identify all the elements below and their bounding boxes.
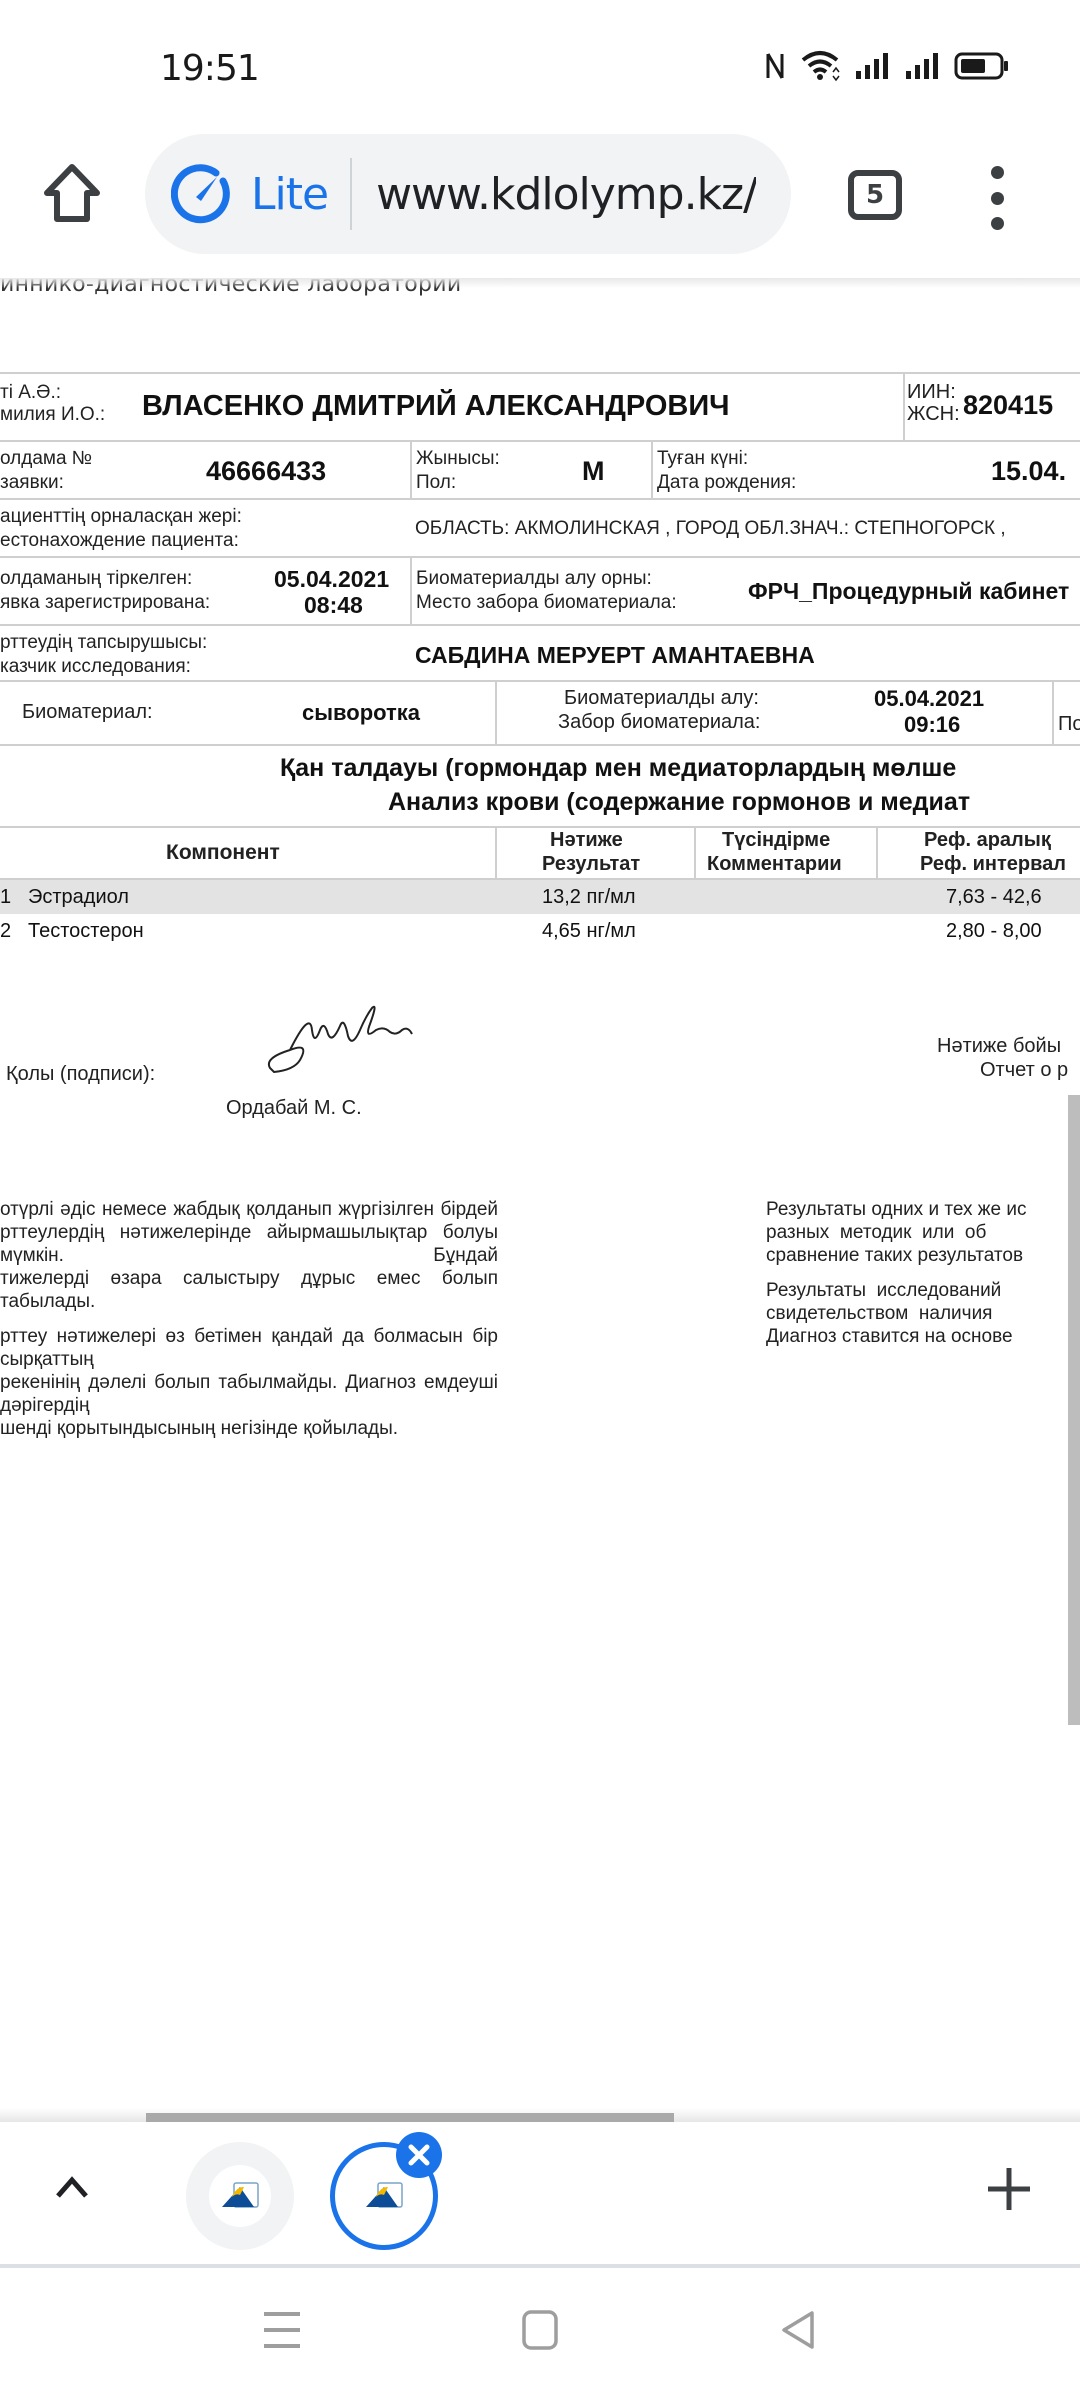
status-time: 19:51 <box>160 48 259 89</box>
table-border <box>410 556 412 624</box>
registered-time: 08:48 <box>304 592 363 619</box>
table-border <box>410 440 412 498</box>
overflow-menu-button[interactable] <box>982 166 1012 230</box>
table-border <box>876 826 878 878</box>
customer-label-ru: казчик исследования: <box>0 656 191 677</box>
menu-dot-icon <box>991 166 1004 179</box>
back-triangle-icon <box>780 2310 816 2350</box>
report-label-kz: Нәтиже бойы <box>937 1036 1061 1057</box>
home-button[interactable] <box>40 158 104 230</box>
sex-label-kz: Жынысы: <box>416 448 500 469</box>
signer-name: Ордабай М. С. <box>226 1098 362 1119</box>
registered-date: 05.04.2021 <box>274 566 389 593</box>
order-label-kz: олдама № <box>0 448 92 469</box>
status-bar: 19:51 <box>0 0 1080 130</box>
header-ref-ru: Реф. интервал <box>920 854 1066 875</box>
browser-toolbar: Lite www.kdlolymp.kz/ 5 <box>0 130 1080 280</box>
close-icon <box>406 2142 432 2168</box>
site-favicon <box>220 2181 260 2211</box>
row-component: Тестостерон <box>28 920 144 943</box>
table-border <box>0 624 1080 626</box>
table-border <box>0 440 1080 442</box>
nfc-icon <box>764 51 786 81</box>
wifi-icon <box>800 50 840 82</box>
analysis-title-ru: Анализ крови (содержание гормонов и меди… <box>388 788 970 817</box>
row-component: Эстрадиол <box>28 886 129 909</box>
header-comment-ru: Комментарии <box>707 854 842 875</box>
report-label-ru: Отчет о р <box>980 1060 1068 1081</box>
menu-dot-icon <box>991 192 1004 205</box>
analysis-title-kz: Қан талдауы (гормондар мен медиаторларды… <box>280 754 956 783</box>
header-result-kz: Нәтиже <box>550 830 623 851</box>
menu-lines-icon <box>262 2310 302 2350</box>
location-label-ru: естонахождение пациента: <box>0 530 239 551</box>
toolbar-shadow <box>0 278 1080 288</box>
registered-label-kz: олдаманың тіркелген: <box>0 568 192 589</box>
status-icons <box>764 50 1010 82</box>
table-border <box>495 826 497 878</box>
table-border <box>903 372 905 440</box>
patient-name: ВЛАСЕНКО ДМИТРИЙ АЛЕКСАНДРОВИЧ <box>142 390 730 423</box>
plus-icon <box>986 2166 1032 2212</box>
row-number: 2 <box>0 920 11 943</box>
address-bar[interactable]: Lite www.kdlolymp.kz/ <box>145 134 791 254</box>
disclaimer-kz-paragraph-2: рттеу нәтижелері өз бетімен қандай да бо… <box>0 1325 498 1440</box>
name-label-kz: ті А.Ә.: <box>0 382 61 403</box>
collection-place-label-ru: Место забора биоматериала: <box>416 592 677 613</box>
recents-button[interactable] <box>262 2310 302 2355</box>
registered-label-ru: явка зарегистрирована: <box>0 592 210 613</box>
chevron-up-icon <box>50 2166 94 2210</box>
system-navigation-bar <box>0 2268 1080 2400</box>
iin-label-ru: ИИН: <box>907 382 956 403</box>
signal-icon-sim1 <box>854 51 890 81</box>
patient-sex: М <box>582 456 605 487</box>
header-component: Компонент <box>166 842 280 863</box>
table-border <box>495 680 497 744</box>
close-tab-button[interactable] <box>396 2132 442 2178</box>
table-border <box>0 680 1080 682</box>
disclaimer-ru-paragraph-1: Результаты одних и тех же ис разных мето… <box>766 1198 1080 1267</box>
row-result: 13,2 пг/мл <box>542 886 636 909</box>
signal-icon-sim2 <box>904 51 940 81</box>
patient-location: ОБЛАСТЬ: АКМОЛИНСКАЯ , ГОРОД ОБЛ.ЗНАЧ.: … <box>415 518 1006 539</box>
customer-label-kz: рттеудің тапсырушысы: <box>0 632 207 653</box>
order-number: 46666433 <box>206 456 326 487</box>
table-border <box>0 826 1080 828</box>
home-system-button[interactable] <box>522 2310 558 2355</box>
biomaterial-label: Биоматериал: <box>22 702 153 723</box>
row-number: 1 <box>0 886 11 909</box>
signature-label: Қолы (подписи): <box>6 1064 155 1085</box>
back-button[interactable] <box>780 2310 816 2355</box>
table-border <box>0 498 1080 500</box>
menu-dot-icon <box>991 217 1004 230</box>
dob-label-kz: Туған күні: <box>657 448 748 469</box>
url-text[interactable]: www.kdlolymp.kz/ <box>376 169 756 220</box>
collection-place-label-kz: Биоматериалды алу орны: <box>416 568 652 589</box>
square-home-icon <box>522 2310 558 2350</box>
collection-label-ru: Забор биоматериала: <box>558 712 760 733</box>
patient-iin: 820415 <box>963 390 1053 421</box>
battery-icon <box>954 51 1010 81</box>
name-label-ru: милия И.О.: <box>0 404 105 425</box>
tab-switcher-button[interactable]: 5 <box>848 170 902 220</box>
lite-mode-label: Lite <box>251 169 328 220</box>
tab-1[interactable] <box>186 2142 294 2250</box>
clipped-label: По <box>1048 714 1080 735</box>
collection-time: 09:16 <box>904 712 960 738</box>
home-icon <box>43 163 101 225</box>
new-tab-button[interactable] <box>986 2166 1032 2212</box>
table-border <box>651 440 653 498</box>
header-ref-kz: Реф. аралық <box>924 830 1051 851</box>
disclaimer-ru-paragraph-2: Результаты исследований свидетельством н… <box>766 1279 1080 1348</box>
collection-label-kz: Биоматериалды алу: <box>564 688 759 709</box>
vertical-scrollbar[interactable] <box>1068 1095 1080 1725</box>
row-ref-range: 7,63 - 42,6 <box>946 886 1042 909</box>
table-border <box>694 826 696 878</box>
lite-mode-icon <box>171 163 233 225</box>
iin-label-kz: ЖСН: <box>907 404 960 425</box>
header-comment-kz: Түсіндірме <box>722 830 830 851</box>
location-label-kz: ациенттің орналасқан жері: <box>0 506 242 527</box>
site-favicon <box>364 2181 404 2211</box>
order-label-ru: заявки: <box>0 472 64 493</box>
dob-label-ru: Дата рождения: <box>657 472 796 493</box>
customer-name: САБДИНА МЕРУЕРТ АМАНТАЕВНА <box>415 642 815 669</box>
address-divider <box>350 158 352 230</box>
header-result-ru: Результат <box>542 854 640 875</box>
sex-label-ru: Пол: <box>416 472 456 493</box>
disclaimer-kz: отүрлі әдіс немесе жабдық қолданып жүргі… <box>0 1198 498 1452</box>
collection-date: 05.04.2021 <box>874 686 984 712</box>
table-border <box>0 744 1080 746</box>
row-ref-range: 2,80 - 8,00 <box>946 920 1042 943</box>
tab-strip <box>0 2122 1080 2268</box>
result-row: 1 Эстрадиол 13,2 пг/мл 7,63 - 42,6 <box>0 880 1080 914</box>
disclaimer-ru: Результаты одних и тех же ис разных мето… <box>766 1198 1080 1360</box>
collection-place: ФРЧ_Процедурный кабинет <box>748 578 1069 605</box>
table-border <box>0 372 1080 374</box>
result-row: 2 Тестостерон 4,65 нг/мл 2,80 - 8,00 <box>0 914 1080 948</box>
disclaimer-kz-paragraph-1: отүрлі әдіс немесе жабдық қолданып жүргі… <box>0 1198 498 1313</box>
collapse-tab-strip-button[interactable] <box>50 2166 94 2210</box>
row-result: 4,65 нг/мл <box>542 920 636 943</box>
signature-image <box>260 1000 420 1080</box>
patient-dob: 15.04. <box>991 456 1066 487</box>
table-border <box>0 556 1080 558</box>
biomaterial-value: сыворотка <box>302 700 420 726</box>
document-viewport[interactable]: иннико-диагностические лаборатории ті А.… <box>0 278 1080 2118</box>
